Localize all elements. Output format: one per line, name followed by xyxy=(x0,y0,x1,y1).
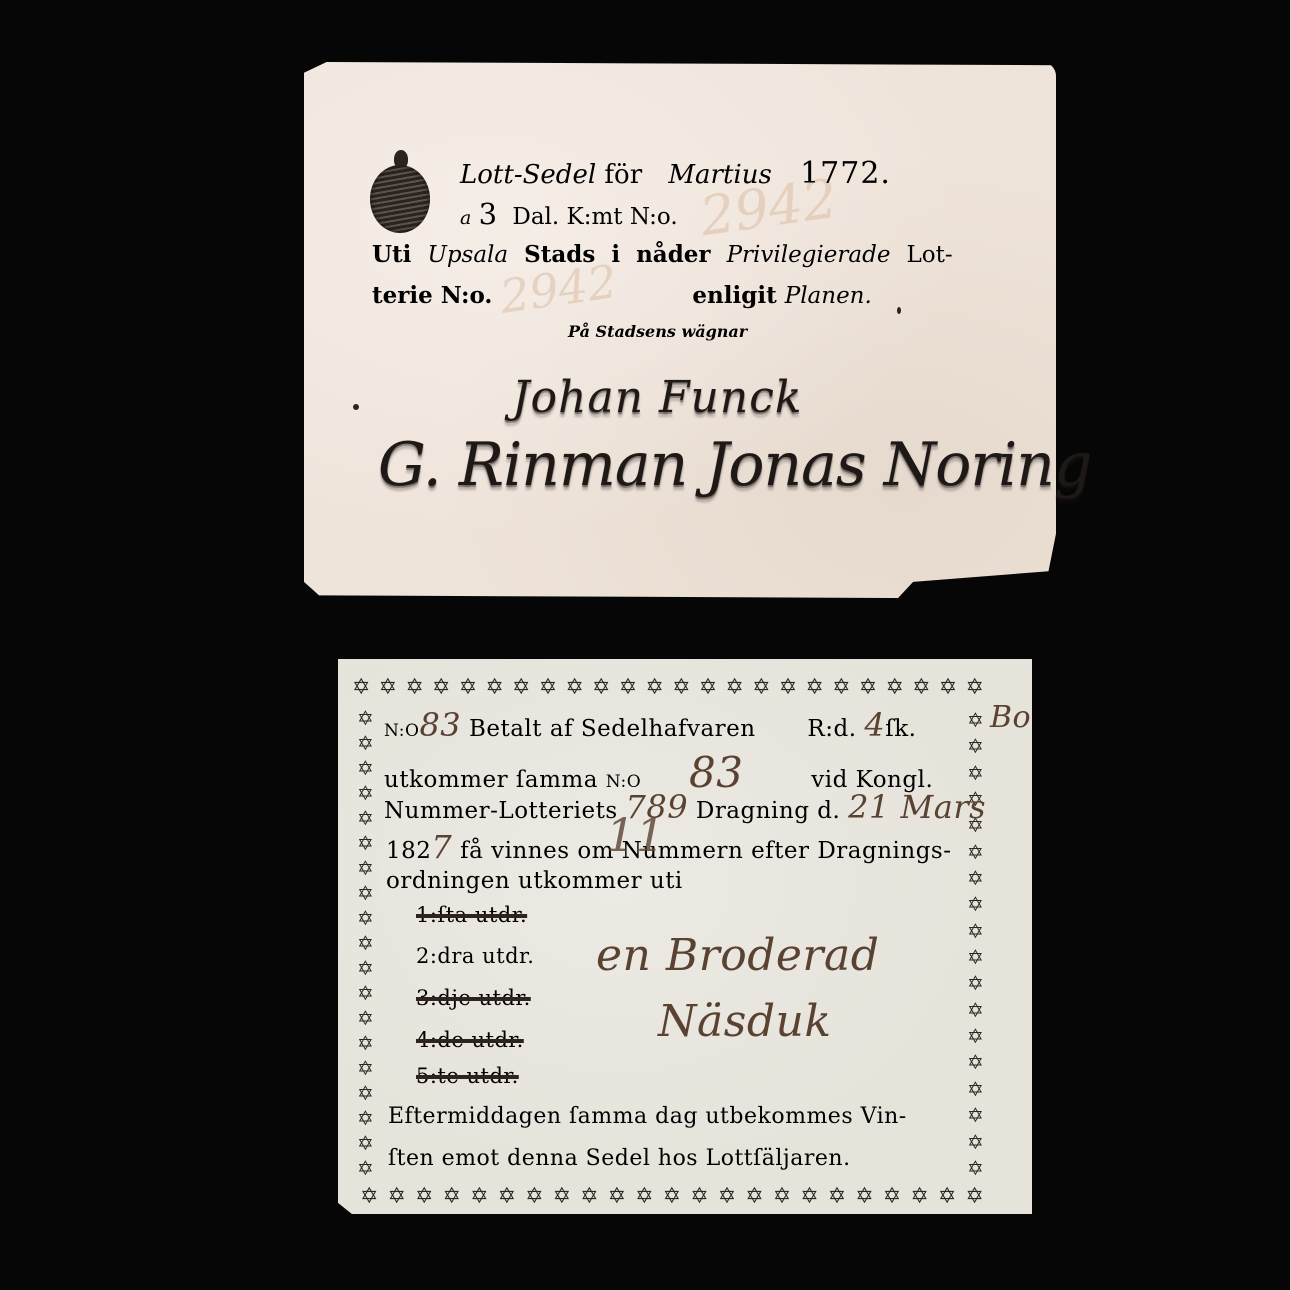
handwritten-overwrite: 11 xyxy=(606,808,666,862)
star-ornament-icon: ✡ xyxy=(779,677,797,699)
star-border-bottom: ✡✡✡✡✡✡✡✡✡✡✡✡✡✡✡✡✡✡✡✡✡✡✡ xyxy=(360,1186,984,1208)
footer-line-2: ſten emot denna Sedel hos Lottſäljaren. xyxy=(388,1146,851,1171)
star-ornament-icon: ✡ xyxy=(967,736,984,756)
row-nummer-lotteriets: Nummer-Lotteriets 789 Dragning d. 21 Mar… xyxy=(384,788,986,826)
title-for: för xyxy=(604,160,642,190)
star-ornament-icon: ✡ xyxy=(357,733,374,753)
title-lott-sedel: Lott-Sedel xyxy=(460,160,596,190)
star-ornament-icon: ✡ xyxy=(357,983,374,1003)
handwritten-ticket-no: 83 xyxy=(419,706,461,744)
star-ornament-icon: ✡ xyxy=(357,1108,374,1128)
star-ornament-icon: ✡ xyxy=(360,1186,378,1208)
star-ornament-icon: ✡ xyxy=(357,908,374,928)
on-behalf-line: På Stadsens wägnar xyxy=(568,322,747,341)
text-stads: Stads i nåder xyxy=(524,241,710,268)
star-ornament-icon: ✡ xyxy=(357,1058,374,1078)
star-ornament-icon: ✡ xyxy=(883,1186,901,1208)
text-upsala: Upsala xyxy=(427,242,508,268)
star-ornament-icon: ✡ xyxy=(967,1052,984,1072)
star-ornament-icon: ✡ xyxy=(608,1186,626,1208)
ticket-body-line-4: terie N:o. enligit Planen. xyxy=(372,282,872,309)
star-ornament-icon: ✡ xyxy=(357,958,374,978)
handwritten-year-digit: 7 xyxy=(431,828,452,866)
star-ornament-icon: ✡ xyxy=(512,677,530,699)
star-ornament-icon: ✡ xyxy=(912,677,930,699)
star-ornament-icon: ✡ xyxy=(832,677,850,699)
star-ornament-icon: ✡ xyxy=(357,833,374,853)
star-ornament-icon: ✡ xyxy=(645,677,663,699)
text-uti: Uti xyxy=(372,241,411,268)
ink-spot xyxy=(353,404,359,410)
star-ornament-icon: ✡ xyxy=(699,677,717,699)
footer-line-1: Eftermiddagen ſamma dag utbekommes Vin- xyxy=(388,1104,907,1129)
draw-2: 2:dra utdr. xyxy=(416,944,534,968)
star-ornament-icon: ✡ xyxy=(553,1186,571,1208)
star-ornament-icon: ✡ xyxy=(967,894,984,914)
text-terie-no: terie N:o. xyxy=(372,282,492,309)
star-ornament-icon: ✡ xyxy=(745,1186,763,1208)
ticket-title: Lott-Sedel för Martius 1772. xyxy=(460,156,891,191)
star-ornament-icon: ✡ xyxy=(388,1186,406,1208)
star-ornament-icon: ✡ xyxy=(967,842,984,862)
star-ornament-icon: ✡ xyxy=(539,677,557,699)
star-ornament-icon: ✡ xyxy=(357,708,374,728)
star-ornament-icon: ✡ xyxy=(828,1186,846,1208)
star-ornament-icon: ✡ xyxy=(939,677,957,699)
star-ornament-icon: ✡ xyxy=(663,1186,681,1208)
star-ornament-icon: ✡ xyxy=(967,763,984,783)
star-ornament-icon: ✡ xyxy=(965,1186,983,1208)
price-amount: 3 xyxy=(479,197,497,231)
purse-emblem-icon xyxy=(370,165,430,233)
star-ornament-icon: ✡ xyxy=(773,1186,791,1208)
draw-5: 5:te utdr. xyxy=(416,1064,519,1088)
star-ornament-icon: ✡ xyxy=(592,677,610,699)
star-ornament-icon: ✡ xyxy=(800,1186,818,1208)
year-prefix: 182 xyxy=(386,838,431,864)
star-ornament-icon: ✡ xyxy=(967,1158,984,1178)
star-ornament-icon: ✡ xyxy=(910,1186,928,1208)
star-ornament-icon: ✡ xyxy=(357,1033,374,1053)
star-ornament-icon: ✡ xyxy=(690,1186,708,1208)
star-ornament-icon: ✡ xyxy=(885,677,903,699)
handwritten-prize-line-1: en Broderad xyxy=(596,930,879,981)
star-ornament-icon: ✡ xyxy=(967,973,984,993)
ink-spot xyxy=(897,307,901,314)
star-border-left: ✡✡✡✡✡✡✡✡✡✡✡✡✡✡✡✡✡✡✡ xyxy=(357,708,374,1178)
text-nummer-lotteriets: Nummer-Lotteriets xyxy=(384,798,618,824)
signature-johan-funck: Johan Funck xyxy=(512,372,803,423)
sk-label: ſk. xyxy=(885,716,916,742)
star-ornament-icon: ✡ xyxy=(859,677,877,699)
star-ornament-icon: ✡ xyxy=(967,868,984,888)
star-ornament-icon: ✡ xyxy=(855,1186,873,1208)
star-ornament-icon: ✡ xyxy=(432,677,450,699)
handwritten-prize-line-2: Näsduk xyxy=(658,996,831,1047)
star-border-top: ✡✡✡✡✡✡✡✡✡✡✡✡✡✡✡✡✡✡✡✡✡✡✡✡ xyxy=(352,677,984,699)
star-ornament-icon: ✡ xyxy=(965,677,983,699)
star-ornament-icon: ✡ xyxy=(405,677,423,699)
star-ornament-icon: ✡ xyxy=(357,783,374,803)
star-ornament-icon: ✡ xyxy=(459,677,477,699)
price-line: a 3 Dal. K:mt N:o. xyxy=(460,197,678,231)
star-ornament-icon: ✡ xyxy=(357,758,374,778)
star-ornament-icon: ✡ xyxy=(379,677,397,699)
star-ornament-icon: ✡ xyxy=(635,1186,653,1208)
star-ornament-icon: ✡ xyxy=(967,1132,984,1152)
price-rest: Dal. K:mt N:o. xyxy=(512,204,677,230)
title-month: Martius xyxy=(668,160,771,190)
row-year: 1827 få vinnes om Nummern efter Dragning… xyxy=(386,828,952,866)
star-ornament-icon: ✡ xyxy=(443,1186,461,1208)
star-ornament-icon: ✡ xyxy=(485,677,503,699)
star-ornament-icon: ✡ xyxy=(967,1079,984,1099)
draw-1: 1:ſta utdr. xyxy=(416,903,527,927)
text-fa-vinnes: få vinnes om Nummern efter Dragnings- xyxy=(460,838,951,864)
row-paid: N:o83 Betalt af Sedelhafvaren R:d. 4ſk. xyxy=(384,706,916,744)
star-ornament-icon: ✡ xyxy=(967,947,984,967)
star-ornament-icon: ✡ xyxy=(967,921,984,941)
star-ornament-icon: ✡ xyxy=(967,710,984,730)
text-lot: Lot- xyxy=(906,242,952,268)
signature-rinman-noring: G. Rinman Jonas Noring xyxy=(378,430,1091,500)
star-ornament-icon: ✡ xyxy=(752,677,770,699)
star-ornament-icon: ✡ xyxy=(967,1026,984,1046)
draw-3: 3:dje utdr. xyxy=(416,986,531,1010)
star-ornament-icon: ✡ xyxy=(357,858,374,878)
price-prefix: a xyxy=(460,207,471,229)
text-planen: Planen. xyxy=(785,283,872,309)
star-ornament-icon: ✡ xyxy=(357,1083,374,1103)
star-ornament-icon: ✡ xyxy=(470,1186,488,1208)
handwritten-margin-note: Bo xyxy=(990,700,1031,735)
ticket-body-line-3: Uti Upsala Stads i nåder Privilegierade … xyxy=(372,241,953,268)
star-ornament-icon: ✡ xyxy=(619,677,637,699)
text-privilegierade: Privilegierade xyxy=(727,242,891,268)
no-label: N:o xyxy=(384,721,419,741)
star-ornament-icon: ✡ xyxy=(967,1000,984,1020)
star-ornament-icon: ✡ xyxy=(938,1186,956,1208)
star-ornament-icon: ✡ xyxy=(967,1105,984,1125)
star-ornament-icon: ✡ xyxy=(357,1158,374,1178)
text-enligit: enligit xyxy=(692,282,776,309)
handwritten-price: 4 xyxy=(864,706,885,744)
star-ornament-icon: ✡ xyxy=(805,677,823,699)
text-dragning: Dragning d. xyxy=(696,798,840,824)
draw-4: 4:de utdr. xyxy=(416,1028,524,1052)
star-ornament-icon: ✡ xyxy=(357,808,374,828)
star-ornament-icon: ✡ xyxy=(357,1008,374,1028)
star-border-right: ✡✡✡✡✡✡✡✡✡✡✡✡✡✡✡✡✡✡ xyxy=(967,710,984,1178)
rd-label: R:d. xyxy=(807,716,856,742)
star-ornament-icon: ✡ xyxy=(357,933,374,953)
star-ornament-icon: ✡ xyxy=(525,1186,543,1208)
star-ornament-icon: ✡ xyxy=(725,677,743,699)
star-ornament-icon: ✡ xyxy=(672,677,690,699)
handwritten-date: 21 Mars xyxy=(848,788,986,826)
star-ornament-icon: ✡ xyxy=(357,1133,374,1153)
star-ornament-icon: ✡ xyxy=(580,1186,598,1208)
star-ornament-icon: ✡ xyxy=(565,677,583,699)
star-ornament-icon: ✡ xyxy=(718,1186,736,1208)
text-betalt: Betalt af Sedelhafvaren xyxy=(469,716,756,742)
star-ornament-icon: ✡ xyxy=(498,1186,516,1208)
star-ornament-icon: ✡ xyxy=(415,1186,433,1208)
row-ordningen: ordningen utkommer uti xyxy=(386,868,683,894)
title-year: 1772. xyxy=(800,156,891,191)
star-ornament-icon: ✡ xyxy=(352,677,370,699)
star-ornament-icon: ✡ xyxy=(357,883,374,903)
